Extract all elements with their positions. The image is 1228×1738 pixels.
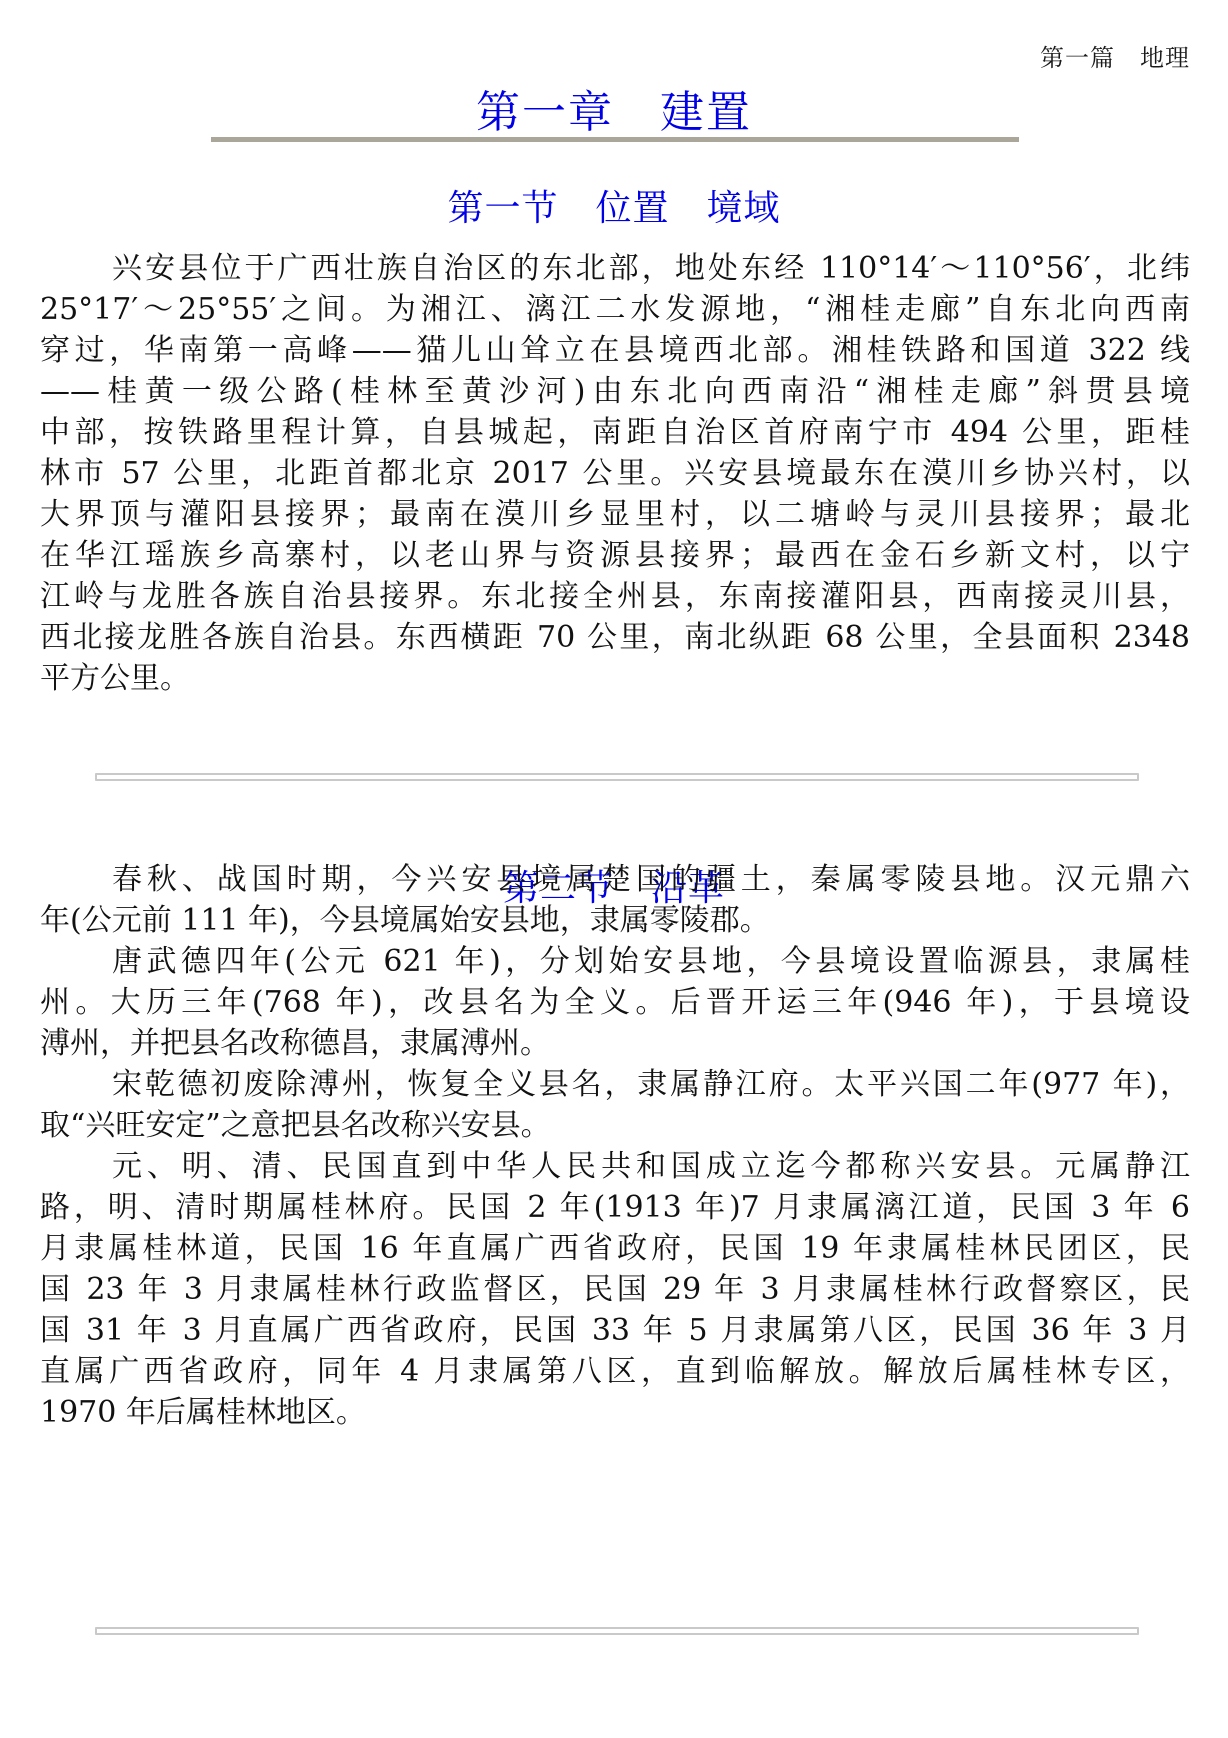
section-body-location: 兴安县位于广西壮族自治区的东北部，地处东经 110°14′～110°56′，北纬… — [40, 248, 1190, 699]
paragraph-line: 25°17′～25°55′之间。为湘江、漓江二水发源地，“湘桂走廊”自东北向西南 — [40, 289, 1190, 330]
paragraph-line: 唐武德四年(公元 621 年)，分划始安县地，今县境设置临源县，隶属桂 — [40, 941, 1190, 982]
paragraph-line: ——桂黄一级公路(桂林至黄沙河)由东北向西南沿“湘桂走廊”斜贯县境 — [40, 371, 1190, 412]
chapter-divider — [211, 137, 1019, 142]
section-body-history: 春秋、战国时期，今兴安县境属楚国的疆土，秦属零陵县地。汉元鼎六 年(公元前 11… — [40, 859, 1190, 1433]
section-divider — [95, 773, 1139, 781]
paragraph-line: 国 31 年 3 月直属广西省政府，民国 33 年 5 月隶属第八区，民国 36… — [40, 1310, 1190, 1351]
paragraph-line: 兴安县位于广西壮族自治区的东北部，地处东经 110°14′～110°56′，北纬 — [40, 248, 1190, 289]
part-header: 第一篇 地理 — [1040, 38, 1190, 73]
paragraph-line: 中部，按铁路里程计算，自县城起，南距自治区首府南宁市 494 公里，距桂 — [40, 412, 1190, 453]
section-divider — [95, 1627, 1139, 1635]
paragraph-line: 平方公里。 — [40, 658, 1190, 699]
paragraph-line: 溥州，并把县名改称德昌，隶属溥州。 — [40, 1023, 1190, 1064]
paragraph-line: 穿过，华南第一高峰——猫儿山耸立在县境西北部。湘桂铁路和国道 322 线 — [40, 330, 1190, 371]
paragraph-line: 年(公元前 111 年)，今县境属始安县地，隶属零陵郡。 — [40, 900, 1190, 941]
paragraph-line: 西北接龙胜各族自治县。东西横距 70 公里，南北纵距 68 公里，全县面积 23… — [40, 617, 1190, 658]
paragraph-line: 1970 年后属桂林地区。 — [40, 1392, 1190, 1433]
paragraph-line: 元、明、清、民国直到中华人民共和国成立迄今都称兴安县。元属静江 — [40, 1146, 1190, 1187]
chapter-title: 第一章 建置 — [0, 76, 1228, 140]
paragraph-line: 路，明、清时期属桂林府。民国 2 年(1913 年)7 月隶属漓江道，民国 3 … — [40, 1187, 1190, 1228]
paragraph-line: 直属广西省政府，同年 4 月隶属第八区，直到临解放。解放后属桂林专区， — [40, 1351, 1190, 1392]
paragraph-line: 大界顶与灌阳县接界；最南在漠川乡显里村，以二塘岭与灵川县接界；最北 — [40, 494, 1190, 535]
section-title-location: 第一节 位置 境域 — [0, 180, 1228, 231]
paragraph-line: 在华江瑶族乡高寨村，以老山界与资源县接界；最西在金石乡新文村，以宁 — [40, 535, 1190, 576]
paragraph-line: 林市 57 公里，北距首都北京 2017 公里。兴安县境最东在漠川乡协兴村，以 — [40, 453, 1190, 494]
paragraph-line: 月隶属桂林道，民国 16 年直属广西省政府，民国 19 年隶属桂林民团区，民 — [40, 1228, 1190, 1269]
paragraph-line: 取“兴旺安定”之意把县名改称兴安县。 — [40, 1105, 1190, 1146]
paragraph-line: 州。大历三年(768 年)，改县名为全义。后晋开运三年(946 年)，于县境设 — [40, 982, 1190, 1023]
paragraph-line: 宋乾德初废除溥州，恢复全义县名，隶属静江府。太平兴国二年(977 年)， — [40, 1064, 1190, 1105]
paragraph-line: 国 23 年 3 月隶属桂林行政监督区，民国 29 年 3 月隶属桂林行政督察区… — [40, 1269, 1190, 1310]
paragraph-line: 春秋、战国时期，今兴安县境属楚国的疆土，秦属零陵县地。汉元鼎六 — [40, 859, 1190, 900]
paragraph-line: 江岭与龙胜各族自治县接界。东北接全州县，东南接灌阳县，西南接灵川县， — [40, 576, 1190, 617]
